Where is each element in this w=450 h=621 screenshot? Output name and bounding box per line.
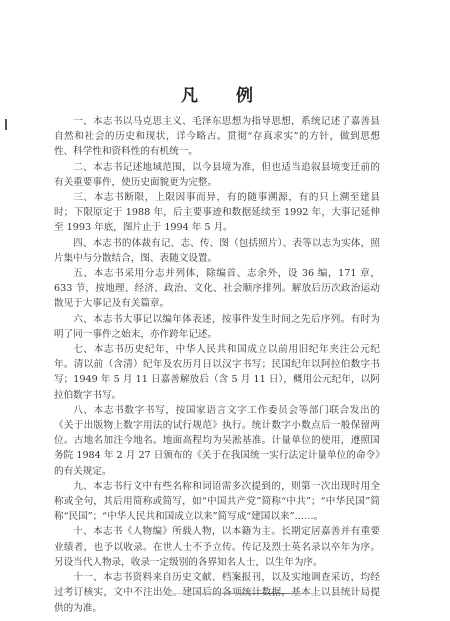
margin-mark: [5, 119, 7, 130]
paragraph-6: 六、本志书大事记以编年体表述，按事件发生时间之先后序列。有时为明了同一事件之始末…: [54, 312, 380, 342]
paragraph-3: 三、本志书断限，上限因事而异，有的随事溯源，有的只上溯至建县时；下限原定于 19…: [54, 190, 380, 236]
document-body: 一、本志书以马克思主义、毛泽东思想为指导思想，系统记述了嘉善县自然和社会的历史和…: [54, 114, 380, 616]
paragraph-2: 二、本志书记述地域范围，以今县境为准，但也适当追叙县境变迁前的有关重要事件，使历…: [54, 160, 380, 190]
paragraph-7: 七、本志书历史纪年，中华人民共和国成立以前用旧纪年夹注公元纪年。清以前（含清）纪…: [54, 342, 380, 403]
paragraph-9: 九、本志书行文中有些名称和词语需多次提到的，则第一次出现时用全称或全句，其后用简…: [54, 479, 380, 525]
document-page: 凡 例 一、本志书以马克思主义、毛泽东思想为指导思想，系统记述了嘉善县自然和社会…: [0, 0, 450, 621]
paragraph-8: 八、本志书数字书写，按国家语言文字工作委员会等部门联合发出的《关于出版物上数字用…: [54, 403, 380, 479]
paragraph-10: 十、本志书《人物编》所载人物，以本籍为主。长期定居嘉善并有重要业绩者，也予以收录…: [54, 524, 380, 570]
paragraph-5: 五、本志书采用分志并列体，除编首、志余外，设 36 编，171 章，633 节，…: [54, 266, 380, 312]
page-title: 凡 例: [0, 81, 450, 106]
paragraph-4: 四、本志书的体裁有记、志、传、图（包括照片）、表等以志为实体，照片集中与分散结合…: [54, 236, 380, 266]
footer-rule: [168, 593, 318, 594]
paragraph-1: 一、本志书以马克思主义、毛泽东思想为指导思想，系统记述了嘉善县自然和社会的历史和…: [54, 114, 380, 160]
